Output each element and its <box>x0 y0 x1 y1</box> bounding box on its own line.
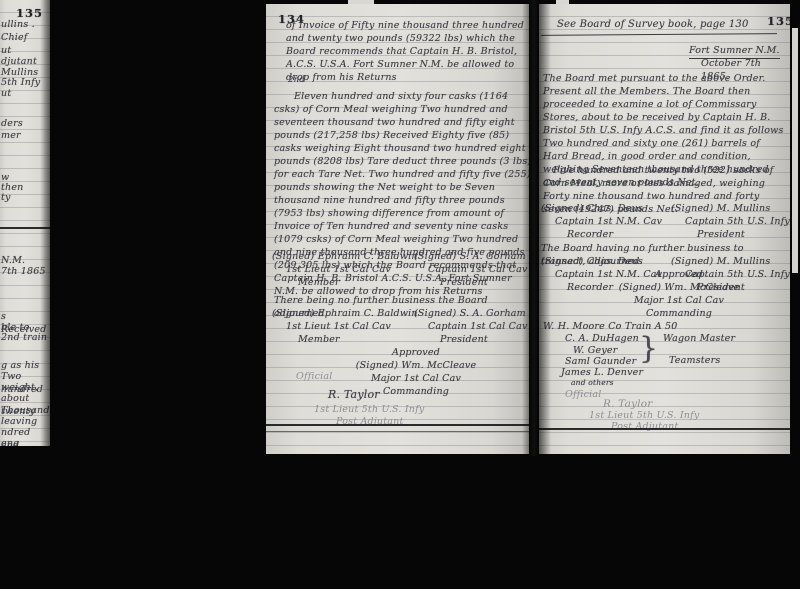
recorder-name: Chas. Deus <box>587 203 643 214</box>
recorder-rank: Captain 1st N.M. Cav <box>555 215 662 228</box>
president-signature: (Signed) S. A. Gorham Captain 1st Cal Ca… <box>414 307 528 346</box>
signed-label: (Signed) <box>414 251 456 262</box>
president-role: President <box>697 228 790 241</box>
signed-label: (Signed) <box>414 308 456 319</box>
recorder-role: Recorder <box>567 228 662 241</box>
signed-label: (Signed) <box>619 282 661 293</box>
left-partial-page: 135 ullins . Chief ut djutant Mullins 5t… <box>0 0 50 446</box>
page-number-135: 135 <box>767 14 790 28</box>
microfilm-scan-frame: { "strip": { "page_number": "135", "frag… <box>0 0 800 589</box>
teamsters-role: Teamsters <box>669 354 720 367</box>
scan-edge-sliver <box>792 28 798 273</box>
approving-officer-rank: Major 1st Cal Cav <box>336 372 496 385</box>
signed-label: (Signed) <box>671 203 713 214</box>
president-signature: (Signed) M. Mullins Captain 5th U.S. Inf… <box>671 202 790 241</box>
text-fragment: Chief <box>1 31 28 44</box>
member-role: Member <box>298 276 418 289</box>
text-fragment: ty <box>1 191 11 204</box>
approving-officer-name: Wm. McCleave <box>664 282 739 293</box>
president-rank: Captain 1st Cal Cav <box>428 320 528 333</box>
member-name: Ephraim C. Baldwin <box>318 308 418 319</box>
president-name: M. Mullins <box>717 256 771 267</box>
member-rank: 1st Lieut 1st Cal Cav <box>286 263 418 276</box>
president-role: President <box>440 276 528 289</box>
teamsters-brace: } <box>639 342 658 355</box>
president-role: President <box>440 333 528 346</box>
recorder-signature: (Signed) Chas. Deus Captain 1st N.M. Cav… <box>541 202 662 241</box>
text-fragment: mer <box>1 129 21 142</box>
page135-header: See Board of Survey book, page 130 <box>557 18 749 31</box>
adjutant-signature: R. Taylor <box>328 388 380 401</box>
page134-paragraph-1: of Invoice of Fifty nine thousand three … <box>286 19 532 84</box>
text-fragment: ut <box>1 87 11 100</box>
member-signature: (Signed) Ephraim C. Baldwin 1st Lieut 1s… <box>272 307 418 346</box>
page134-signatures-2: (Signed) Ephraim C. Baldwin 1st Lieut 1s… <box>266 307 532 347</box>
ledger-page-134: 134 of Invoice of Fifty nine thousand th… <box>266 4 532 454</box>
signed-label: (Signed) <box>272 308 314 319</box>
recorder-name: Chas. Deus <box>587 256 643 267</box>
member-name: Ephraim C. Baldwin <box>318 251 418 262</box>
gutter-shadow-right <box>539 4 551 454</box>
approved-label: Approved <box>336 346 496 359</box>
member-rank: 1st Lieut 1st Cal Cav <box>286 320 418 333</box>
adjutant-role: Post Adjutant <box>336 415 403 428</box>
approving-officer-name: Wm. McCleave <box>401 360 476 371</box>
ledger-bottom-rule <box>266 424 532 426</box>
page134-signatures-1: (Signed) Ephraim C. Baldwin 1st Lieut 1s… <box>266 250 532 290</box>
member-signature: (Signed) Ephraim C. Baldwin 1st Lieut 1s… <box>272 250 418 289</box>
president-name: S. A. Gorham <box>460 308 526 319</box>
president-name: M. Mullins <box>717 203 771 214</box>
strip-edge-shadow <box>40 0 50 446</box>
page134-paragraph-marker: 2nd <box>288 74 305 87</box>
signed-label: (Signed) <box>671 256 713 267</box>
approved-label: Approved <box>599 268 759 281</box>
ledger-bottom-rule-thin <box>266 431 532 432</box>
president-rank: Captain 5th U.S. Infy <box>685 215 790 228</box>
text-fragment: ullins . <box>1 18 35 31</box>
page135-signatures-1: (Signed) Chas. Deus Captain 1st N.M. Cav… <box>539 202 790 242</box>
official-label: Official <box>296 370 333 383</box>
approving-officer-rank: Major 1st Cal Cav <box>599 294 759 307</box>
page135-approval-block: Approved (Signed) Wm. McCleave Major 1st… <box>599 268 759 320</box>
signed-label: (Signed) <box>272 251 314 262</box>
ledger-page-135: 135 See Board of Survey book, page 130 F… <box>539 4 790 454</box>
official-label: Official <box>565 388 602 401</box>
adjutant-role: Post Adjutant <box>611 420 678 433</box>
president-name: S. A. Gorham <box>460 251 526 262</box>
wagon-master-role: Wagon Master <box>663 332 735 345</box>
signed-label: (Signed) <box>356 360 398 371</box>
president-rank: Captain 1st Cal Cav <box>428 263 528 276</box>
book-gutter <box>529 0 539 456</box>
approving-officer-role: Commanding <box>599 307 759 320</box>
member-role: Member <box>298 333 418 346</box>
president-signature: (Signed) S. A. Gorham Captain 1st Cal Ca… <box>414 250 528 289</box>
ledger-bottom-rule <box>539 428 790 430</box>
header-underline <box>541 33 777 36</box>
